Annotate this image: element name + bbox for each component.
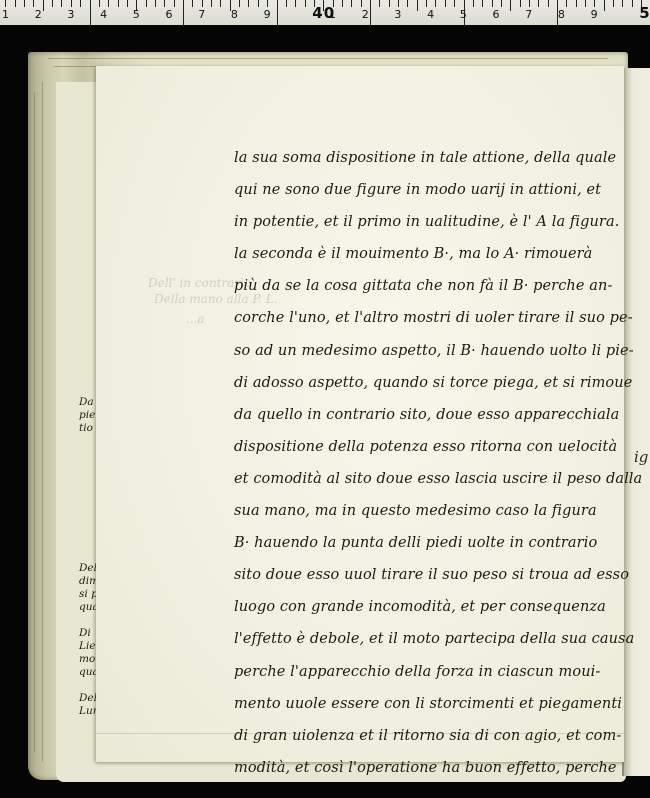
ruler-tick	[426, 0, 427, 7]
ruler-tick	[220, 0, 221, 7]
ruler-label: 7	[525, 9, 532, 21]
ruler-tick	[61, 0, 62, 7]
ruler-tick	[99, 0, 100, 7]
facing-page-edge	[622, 68, 650, 776]
ruler-tick	[90, 0, 91, 25]
ruler-tick	[529, 0, 530, 7]
ruler-tick	[585, 0, 586, 7]
ruler-tick	[286, 0, 287, 7]
ruler-tick	[118, 0, 119, 7]
ruler-tick	[604, 0, 605, 11]
manuscript-line: luogo con grande incomodità, et per cons…	[234, 591, 624, 623]
measuring-ruler: 1234567894012345678950	[0, 0, 650, 25]
manuscript-line: da quello in contrario sito, doue esso a…	[234, 399, 624, 431]
ruler-label: 5	[133, 9, 140, 21]
ruler-tick	[183, 0, 184, 25]
facing-page-text-fragment: ig	[634, 448, 648, 466]
ruler-label: 8	[558, 9, 565, 21]
ruler-tick	[538, 0, 539, 7]
ruler-tick	[202, 0, 203, 7]
ruler-label: 2	[35, 9, 42, 21]
ruler-tick	[361, 0, 362, 7]
manuscript-text: la sua soma dispositione in tale attione…	[234, 142, 624, 784]
manuscript-line: corche l'uno, et l'altro mostri di uoler…	[234, 302, 624, 334]
manuscript-line: perche l'apparecchio della forza in cias…	[234, 656, 624, 688]
ruler-tick	[632, 0, 633, 7]
ruler-tick	[417, 0, 418, 11]
ruler-label: 2	[362, 9, 369, 21]
ruler-label: 9	[591, 9, 598, 21]
ruler-tick	[351, 0, 352, 7]
ruler-tick	[24, 0, 25, 7]
ruler-tick	[510, 0, 511, 11]
ruler-tick	[435, 0, 436, 7]
ruler-label: 1	[329, 9, 336, 21]
ruler-tick	[248, 0, 249, 7]
ruler-tick	[15, 0, 16, 7]
ruler-tick	[501, 0, 502, 7]
ruler-label: 9	[264, 9, 271, 21]
manuscript-line: la sua soma dispositione in tale attione…	[234, 142, 624, 174]
ruler-tick	[80, 0, 81, 7]
ruler-tick	[43, 0, 44, 11]
ruler-tick	[342, 0, 343, 7]
manuscript-line: modità, et così l'operatione ha buon eff…	[234, 752, 624, 784]
ruler-label: 1	[2, 9, 9, 21]
ruler-tick	[594, 0, 595, 7]
manuscript-line: mento uuole essere con li storcimenti et…	[234, 688, 624, 720]
ruler-tick	[239, 0, 240, 7]
ruler-tick	[33, 0, 34, 7]
ruler-tick	[398, 0, 399, 7]
ruler-tick	[407, 0, 408, 7]
ruler-tick	[267, 0, 268, 7]
ruler-tick	[379, 0, 380, 7]
bleed-through-text: ...a	[186, 312, 205, 326]
manuscript-line: in potentie, et il primo in ualitudine, …	[234, 206, 624, 238]
manuscript-line: et comodità al sito doue esso lascia usc…	[234, 463, 624, 495]
ruler-tick	[492, 0, 493, 7]
ruler-label: 50	[639, 7, 650, 19]
ruler-label: 6	[166, 9, 173, 21]
manuscript-line: sito doue esso uuol tirare il suo peso s…	[234, 559, 624, 591]
manuscript-line: so ad un medesimo aspetto, il B· hauendo…	[234, 335, 624, 367]
ruler-tick	[108, 0, 109, 7]
ruler-tick	[146, 0, 147, 7]
ruler-tick	[445, 0, 446, 7]
ruler-tick	[174, 0, 175, 7]
ruler-tick	[622, 0, 623, 7]
ruler-tick	[576, 0, 577, 7]
manuscript-line: di adosso aspetto, quando si torce piega…	[234, 367, 624, 399]
ruler-label: 8	[231, 9, 238, 21]
ruler-label: 4	[100, 9, 107, 21]
ruler-tick	[389, 0, 390, 7]
ruler-tick	[482, 0, 483, 7]
ruler-tick	[548, 0, 549, 7]
ruler-label: 6	[493, 9, 500, 21]
manuscript-line: B· hauendo la punta delli piedi uolte in…	[234, 527, 624, 559]
edge-line	[42, 82, 43, 762]
ruler-tick	[164, 0, 165, 7]
ruler-label: 3	[67, 9, 74, 21]
manuscript-line: l'effetto è debole, et il moto partecipa…	[234, 623, 624, 655]
ruler-tick	[52, 0, 53, 7]
ruler-label: 7	[198, 9, 205, 21]
ruler-tick	[454, 0, 455, 7]
manuscript-line: più da se la cosa gittata che non fà il …	[234, 270, 624, 302]
ruler-tick	[192, 0, 193, 7]
manuscript-line: sua mano, ma in questo medesimo caso la …	[234, 495, 624, 527]
manuscript-line: la seconda è il mouimento B·, ma lo A· r…	[234, 238, 624, 270]
ruler-label: 5	[460, 9, 467, 21]
ruler-tick	[155, 0, 156, 7]
ruler-tick	[127, 0, 128, 7]
edge-line	[34, 92, 35, 752]
ruler-tick	[277, 0, 278, 25]
ruler-tick	[295, 0, 296, 7]
ruler-tick	[613, 0, 614, 7]
ruler-tick	[370, 0, 371, 25]
ruler-tick	[71, 0, 72, 7]
ruler-tick	[258, 0, 259, 7]
ruler-tick	[566, 0, 567, 7]
edge-line	[48, 58, 608, 59]
ruler-label: 4	[427, 9, 434, 21]
manuscript-line: qui ne sono due figure in modo uarij in …	[234, 174, 624, 206]
ruler-tick	[211, 0, 212, 7]
manuscript-line: dispositione della potenza esso ritorna …	[234, 431, 624, 463]
ruler-tick	[305, 0, 306, 7]
manuscript-line: di gran uiolenza et il ritorno sia di co…	[234, 720, 624, 752]
ruler-tick	[473, 0, 474, 7]
ruler-tick	[520, 0, 521, 7]
ruler-tick	[5, 0, 6, 7]
ruler-label: 3	[394, 9, 401, 21]
